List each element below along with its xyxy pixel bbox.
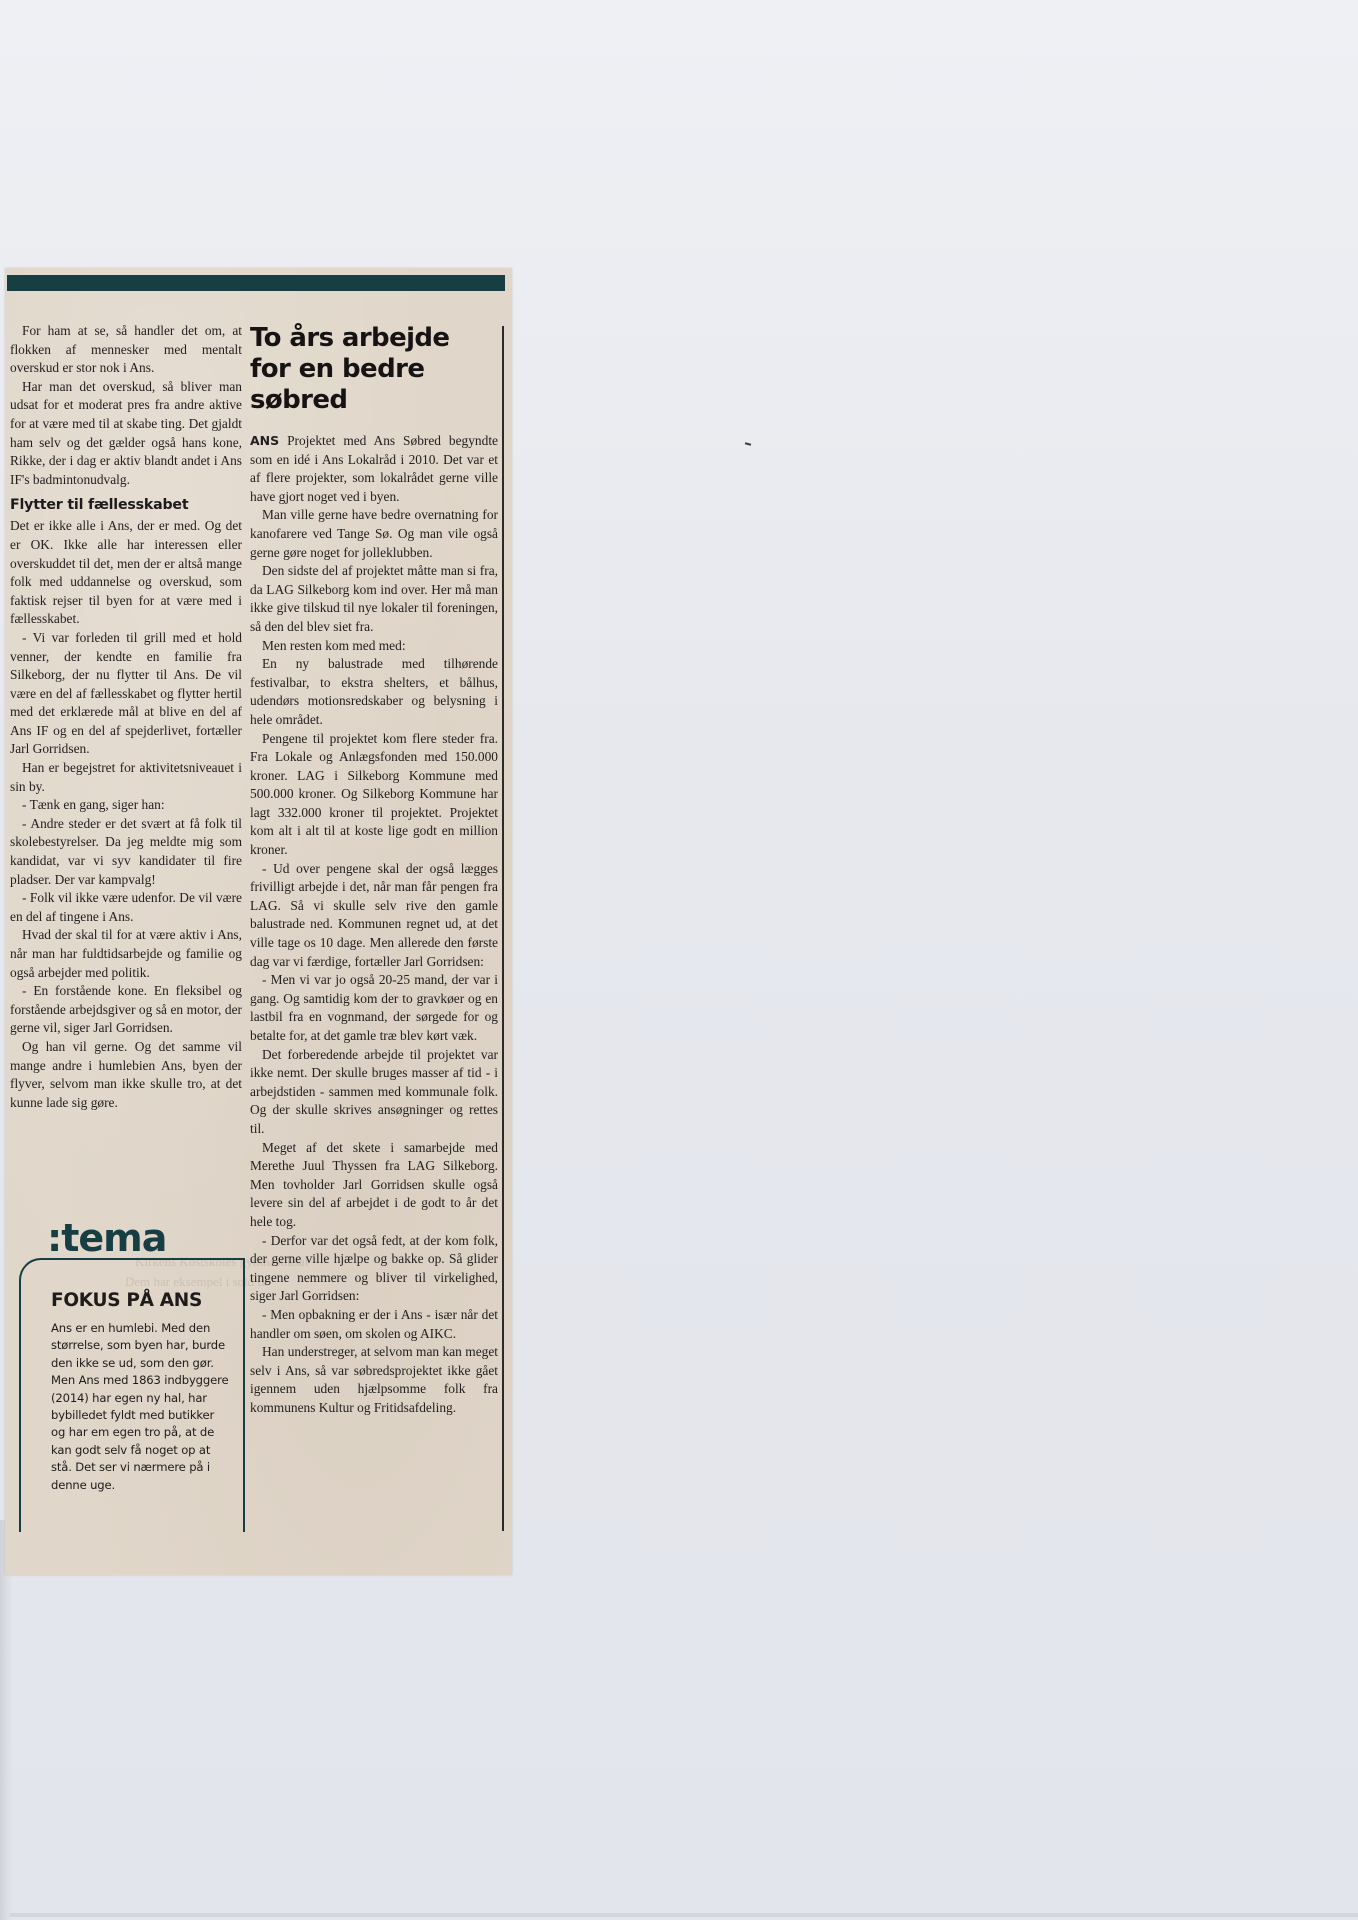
paragraph: - Derfor var det også fedt, at der kom f…: [250, 1232, 498, 1306]
paragraph: En ny balustrade med tilhørende festival…: [250, 655, 498, 729]
right-column: To års arbejde for en bedre søbred ANS P…: [250, 323, 498, 1417]
scan-edge-shadow: [0, 1520, 12, 1920]
article-body: ANS Projektet med Ans Søbred begyndte so…: [250, 432, 498, 1417]
tema-box: FOKUS PÅ ANS Ans er en humlebi. Med den …: [19, 1258, 245, 1532]
newspaper-clipping: Kirkens Kostskoles gymnastiksal Dem har …: [5, 268, 512, 1575]
paragraph: - Ud over pengene skal der også lægges f…: [250, 860, 498, 972]
kicker: ANS: [250, 433, 279, 448]
paragraph: Den sidste del af projektet måtte man si…: [250, 562, 498, 636]
paragraph: Meget af det skete i samarbejde med Mere…: [250, 1139, 498, 1232]
paragraph: Han er begejstret for aktivitetsniveauet…: [10, 759, 242, 796]
paragraph: Og han vil gerne. Og det samme vil mange…: [10, 1038, 242, 1112]
paragraph: Har man det overskud, så bliver man udsa…: [10, 378, 242, 490]
tema-label: :tema: [47, 1218, 166, 1258]
paragraph: Det forberedende arbejde til projektet v…: [250, 1046, 498, 1139]
paragraph: - Men opbakning er der i Ans - især når …: [250, 1306, 498, 1343]
article-headline: To års arbejde for en bedre søbred: [250, 323, 498, 416]
tema-title: FOKUS PÅ ANS: [51, 1290, 241, 1312]
paragraph: - Folk vil ikke være udenfor. De vil vær…: [10, 889, 242, 926]
paragraph: - Men vi var jo også 20-25 mand, der var…: [250, 971, 498, 1045]
paragraph: - Andre steder er det svært at få folk t…: [10, 815, 242, 889]
paragraph: - Vi var forleden til grill med et hold …: [10, 629, 242, 759]
paragraph: For ham at se, så handler det om, at flo…: [10, 322, 242, 378]
paragraph: Han understreger, at selvom man kan mege…: [250, 1343, 498, 1417]
paragraph: Hvad der skal til for at være aktiv i An…: [10, 926, 242, 982]
scan-bottom-edge: [10, 1913, 1358, 1917]
paragraph: Pengene til projektet kom flere steder f…: [250, 730, 498, 860]
paragraph: - Tænk en gang, siger han:: [10, 796, 242, 815]
accent-bar: [7, 275, 505, 291]
lead-paragraph: ANS Projektet med Ans Søbred begyndte so…: [250, 432, 498, 506]
paragraph: Det er ikke alle i Ans, der er med. Og d…: [10, 517, 242, 629]
paragraph: - En forstående kone. En fleksibel og fo…: [10, 982, 242, 1038]
column-rule: [502, 326, 504, 1531]
tema-body: Ans er en humlebi. Med den størrelse, so…: [51, 1320, 231, 1494]
paragraph: Men resten kom med med:: [250, 637, 498, 656]
left-column: For ham at se, så handler det om, at flo…: [10, 322, 242, 1112]
subheading: Flytter til fællesskabet: [10, 495, 242, 515]
lead-text: Projektet med Ans Søbred begyndte som en…: [250, 433, 498, 504]
paragraph: Man ville gerne have bedre overnatning f…: [250, 506, 498, 562]
